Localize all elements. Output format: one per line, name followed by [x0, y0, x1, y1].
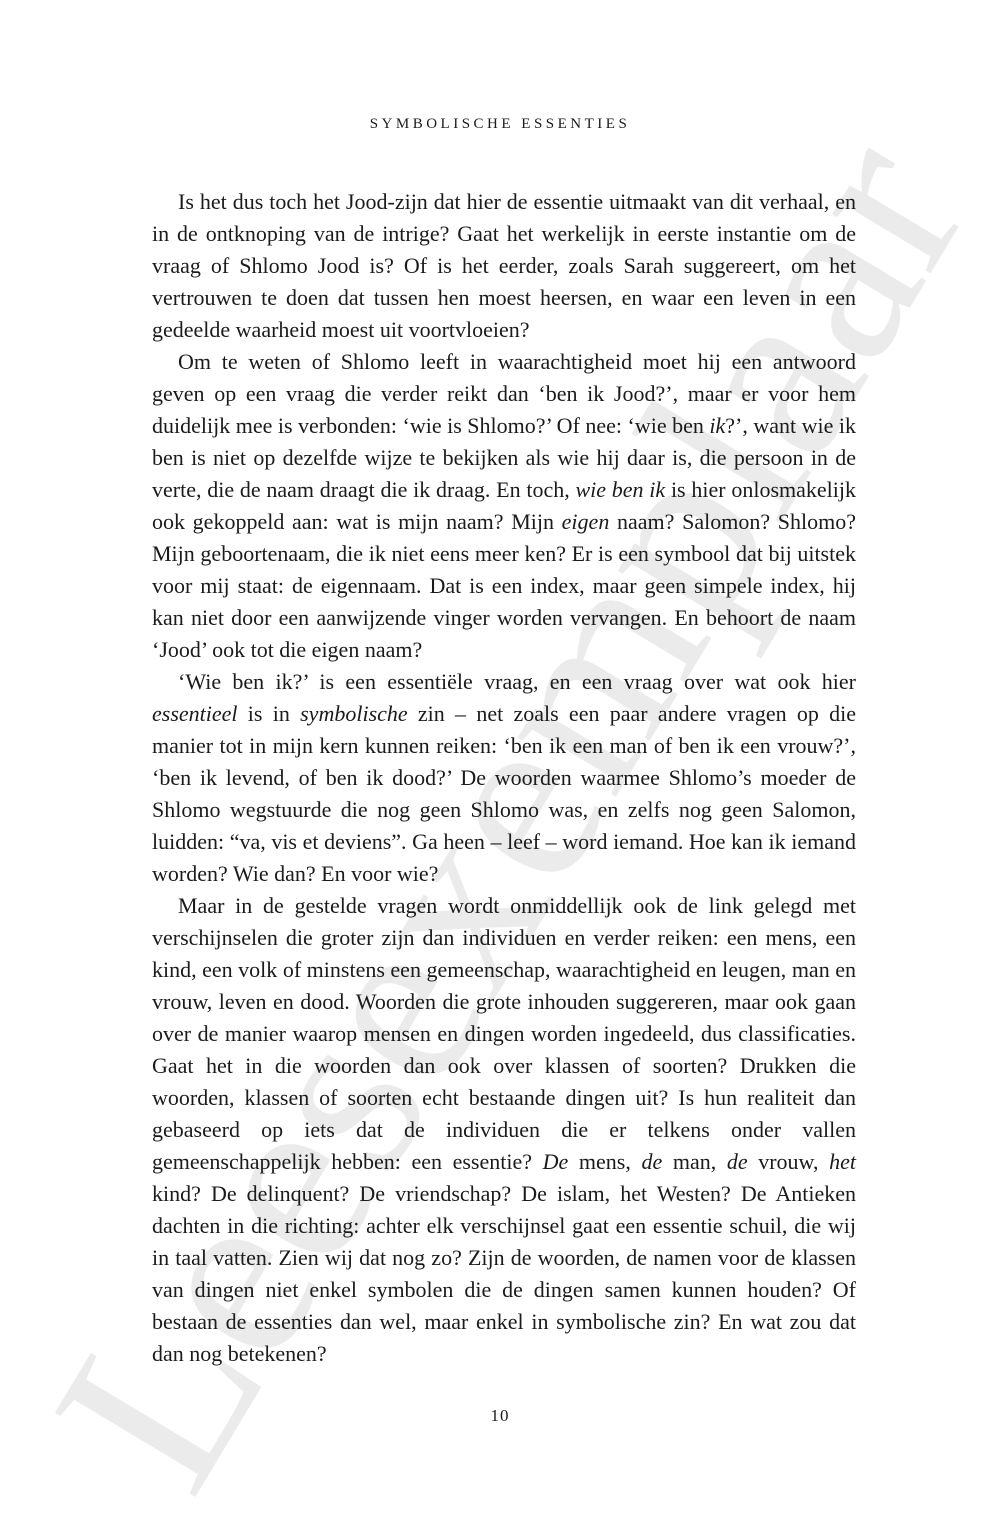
- text-run: is in: [238, 701, 301, 726]
- italic-run: de: [727, 1149, 748, 1174]
- text-run: mens,: [568, 1149, 641, 1174]
- italic-run: ik: [709, 413, 725, 438]
- text-run: ‘Wie ben ik?’ is een essentiële vraag, e…: [178, 669, 856, 694]
- text-run: vrouw,: [748, 1149, 830, 1174]
- italic-run: eigen: [562, 509, 610, 534]
- text-run: kind? De delinquent? De vriendschap? De …: [152, 1181, 856, 1366]
- text-run: Maar in de gestelde vragen wordt onmidde…: [152, 893, 856, 1174]
- paragraph: Om te weten of Shlomo leeft in waarachti…: [152, 346, 856, 666]
- italic-run: essentieel: [152, 701, 238, 726]
- italic-run: De: [543, 1149, 569, 1174]
- text-run: Is het dus toch het Jood-zijn dat hier d…: [152, 189, 856, 342]
- body-text: Is het dus toch het Jood-zijn dat hier d…: [152, 186, 856, 1370]
- running-header: SYMBOLISCHE ESSENTIES: [0, 116, 1000, 133]
- italic-run: wie ben ik: [575, 477, 665, 502]
- text-run: zin – net zoals een paar andere vragen o…: [152, 701, 856, 886]
- page-number: 10: [0, 1406, 1000, 1426]
- italic-run: het: [829, 1149, 856, 1174]
- text-run: man,: [662, 1149, 727, 1174]
- paragraph: Maar in de gestelde vragen wordt onmidde…: [152, 890, 856, 1370]
- book-page: Leesexemplaar SYMBOLISCHE ESSENTIES Is h…: [0, 0, 1000, 1533]
- italic-run: symbolische: [300, 701, 408, 726]
- italic-run: de: [641, 1149, 662, 1174]
- paragraph: Is het dus toch het Jood-zijn dat hier d…: [152, 186, 856, 346]
- paragraph: ‘Wie ben ik?’ is een essentiële vraag, e…: [152, 666, 856, 890]
